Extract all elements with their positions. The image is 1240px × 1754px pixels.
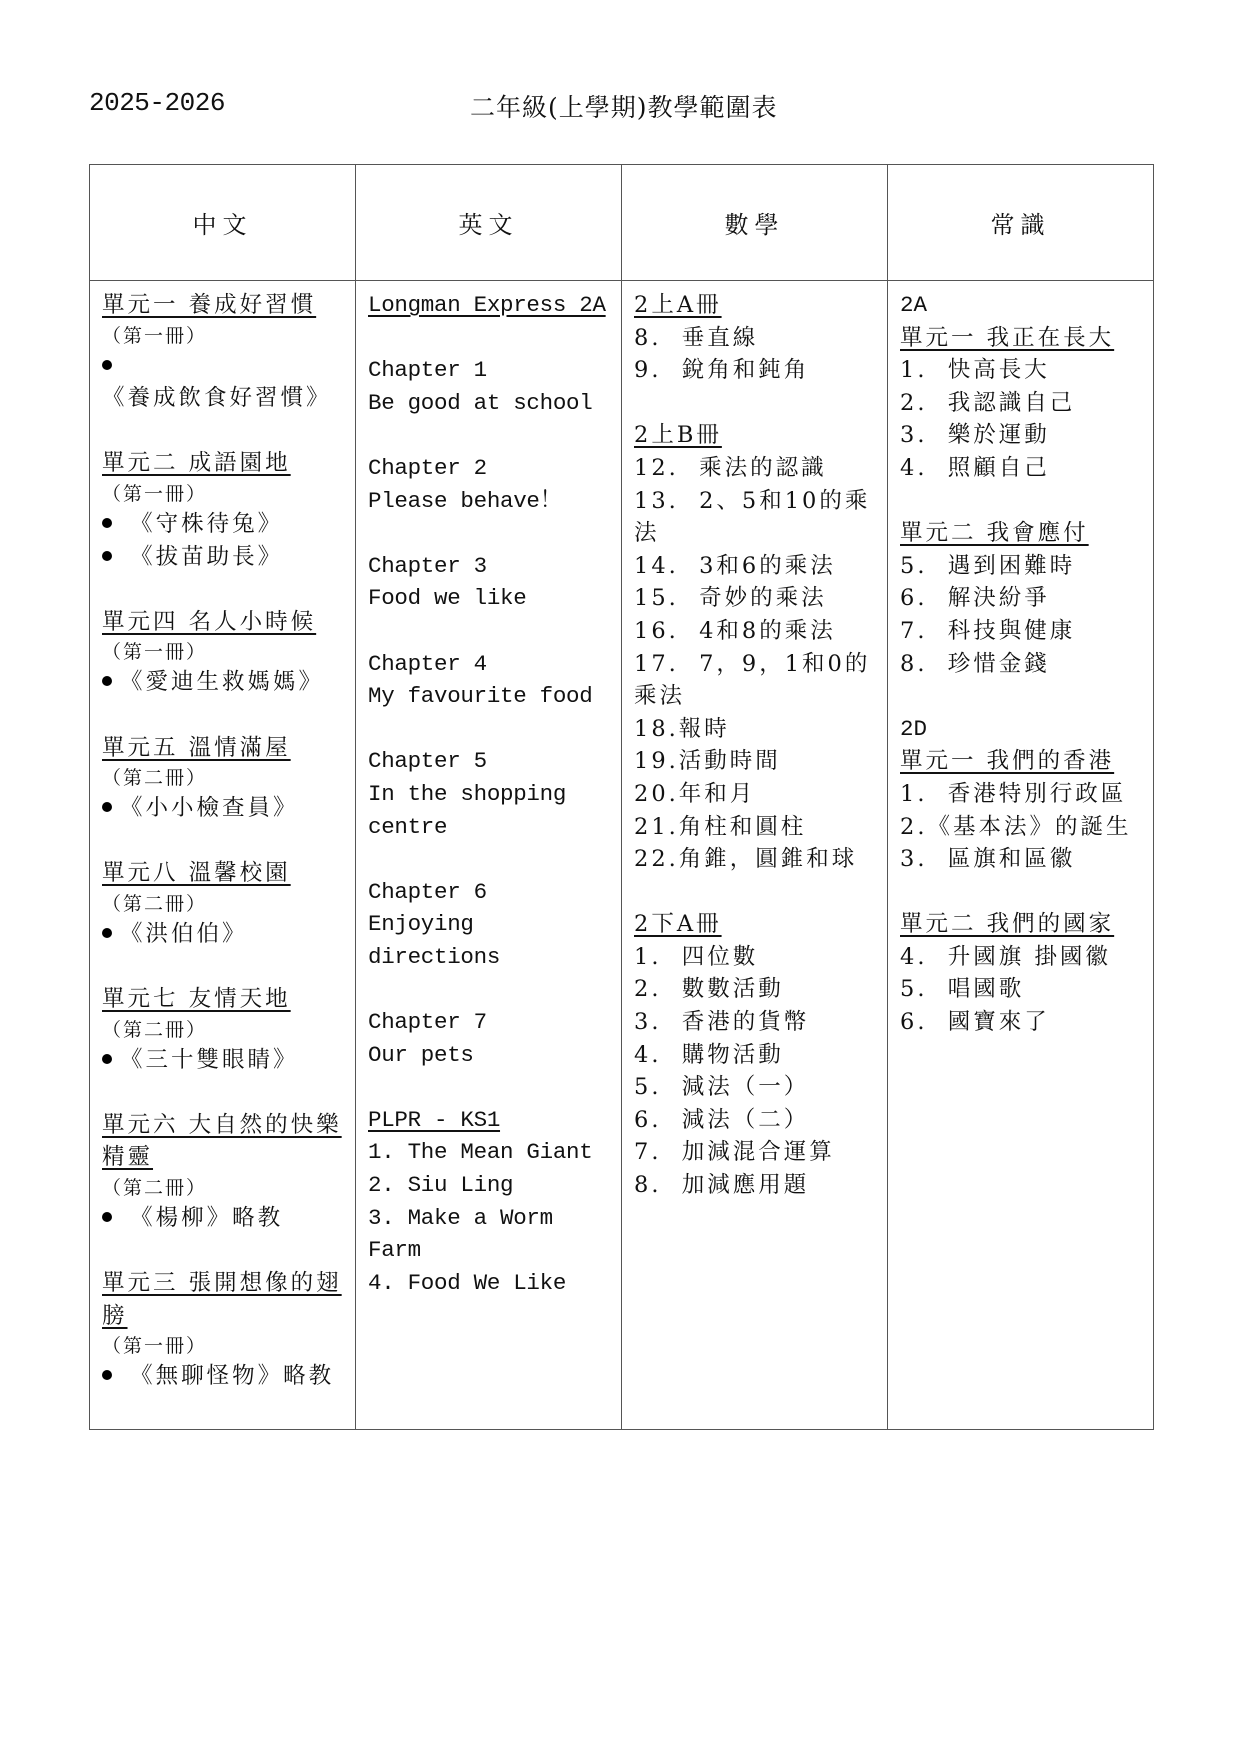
topic-item: 15. 奇妙的乘法 xyxy=(634,582,877,615)
topic-item: 7. 科技與健康 xyxy=(900,615,1143,648)
chapter-title: Be good at school xyxy=(368,387,611,420)
column-header-maths: 數學 xyxy=(622,165,888,281)
book-label: （第二冊） xyxy=(102,1174,345,1202)
topic-item: 22.角錐，圓錐和球 xyxy=(634,843,877,876)
topic-item: 7. 加減混合運算 xyxy=(634,1136,877,1169)
general-studies-column: 2A 單元一 我正在長大 1. 快高長大 2. 我認識自己 3. 樂於運動 4.… xyxy=(888,281,1154,1430)
topic-item-continued: 法 xyxy=(634,517,877,550)
chapter-title: In the shopping xyxy=(368,778,611,811)
reader-item: 4. Food We Like xyxy=(368,1267,611,1300)
school-year: 2025-2026 xyxy=(89,88,225,118)
column-header-general-studies: 常識 xyxy=(888,165,1154,281)
column-header-english: 英文 xyxy=(356,165,622,281)
topic-item: 1. 香港特別行政區 xyxy=(900,778,1143,811)
reader-item: 3. Make a Worm Farm xyxy=(368,1202,611,1267)
unit-title-continued: 精靈 xyxy=(102,1141,345,1174)
topic-item: 1. 四位數 xyxy=(634,941,877,974)
lesson-item: 《楊柳》略教 xyxy=(102,1202,345,1235)
chapter-label: Chapter 5 xyxy=(368,745,611,778)
book-title: 2上B冊 xyxy=(634,419,877,452)
bullet-icon xyxy=(102,360,112,370)
topic-item: 6. 減法（二） xyxy=(634,1104,877,1137)
topic-item: 4. 照顧自己 xyxy=(900,452,1143,485)
book-label: （第一冊） xyxy=(102,1332,345,1360)
book-label: （第二冊） xyxy=(102,764,345,792)
topic-item: 8. 珍惜金錢 xyxy=(900,648,1143,681)
bullet-icon xyxy=(102,551,112,561)
topic-item-continued: 乘法 xyxy=(634,680,877,713)
unit-title: 單元一 養成好習慣 xyxy=(102,289,345,322)
lesson-item: 《三十雙眼睛》 xyxy=(102,1044,345,1077)
chapter-label: Chapter 1 xyxy=(368,354,611,387)
column-header-chinese: 中文 xyxy=(90,165,356,281)
lesson-item: 《拔苗助長》 xyxy=(102,541,345,574)
topic-item: 5. 遇到困難時 xyxy=(900,550,1143,583)
chapter-title: Enjoying directions xyxy=(368,908,611,973)
topic-item: 4. 升國旗 掛國徽 xyxy=(900,941,1143,974)
topic-item: 1. 快高長大 xyxy=(900,354,1143,387)
lesson-item: 《守株待兔》 xyxy=(102,508,345,541)
reader-item: 2. Siu Ling xyxy=(368,1169,611,1202)
chinese-column: 單元一 養成好習慣 （第一冊） 《養成飲食好習慣》 單元二 成語園地 （第一冊）… xyxy=(90,281,356,1430)
bullet-icon xyxy=(102,1370,112,1380)
book-title: 2下A冊 xyxy=(634,908,877,941)
unit-title: 單元三 張開想像的翅 xyxy=(102,1267,345,1300)
bullet-icon xyxy=(102,802,112,812)
unit-title: 單元二 我們的國家 xyxy=(900,908,1143,941)
topic-item: 18.報時 xyxy=(634,713,877,746)
unit-title: 單元六 大自然的快樂 xyxy=(102,1109,345,1142)
book-code: 2A xyxy=(900,289,1143,322)
english-column: Longman Express 2A Chapter 1 Be good at … xyxy=(356,281,622,1430)
topic-item: 5. 減法（一） xyxy=(634,1071,877,1104)
bullet-icon xyxy=(102,1054,112,1064)
content-row: 單元一 養成好習慣 （第一冊） 《養成飲食好習慣》 單元二 成語園地 （第一冊）… xyxy=(90,281,1154,1430)
topic-item: 8. 垂直線 xyxy=(634,322,877,355)
topic-item: 3. 香港的貨幣 xyxy=(634,1006,877,1039)
book-label: （第一冊） xyxy=(102,480,345,508)
lesson-item: 《無聊怪物》略教 xyxy=(102,1360,345,1393)
unit-title: 單元二 成語園地 xyxy=(102,447,345,480)
book-label: （第一冊） xyxy=(102,322,345,350)
chapter-title: Please behave！ xyxy=(368,485,611,518)
chapter-title: Our pets xyxy=(368,1039,611,1072)
unit-title: 單元一 我正在長大 xyxy=(900,322,1143,355)
maths-column: 2上A冊 8. 垂直線 9. 銳角和鈍角 2上B冊 12. 乘法的認識 13. … xyxy=(622,281,888,1430)
book-code: 2D xyxy=(900,713,1143,746)
topic-item: 3. 樂於運動 xyxy=(900,419,1143,452)
book-label: （第二冊） xyxy=(102,890,345,918)
topic-item: 9. 銳角和鈍角 xyxy=(634,354,877,387)
topic-item: 19.活動時間 xyxy=(634,745,877,778)
textbook-title: Longman Express 2A xyxy=(368,289,611,322)
chapter-label: Chapter 4 xyxy=(368,648,611,681)
page-title: 二年級(上學期)教學範圍表 xyxy=(470,88,778,124)
unit-title: 單元一 我們的香港 xyxy=(900,745,1143,778)
lesson-item: 《養成飲食好習慣》 xyxy=(102,350,345,415)
topic-item: 20.年和月 xyxy=(634,778,877,811)
book-label: （第二冊） xyxy=(102,1016,345,1044)
topic-item: 6. 解決紛爭 xyxy=(900,582,1143,615)
topic-item: 6. 國寶來了 xyxy=(900,1006,1143,1039)
topic-item: 16. 4和8的乘法 xyxy=(634,615,877,648)
reader-heading: PLPR - KS1 xyxy=(368,1104,611,1137)
bullet-icon xyxy=(102,1212,112,1222)
chapter-title: Food we like xyxy=(368,582,611,615)
unit-title: 單元五 溫情滿屋 xyxy=(102,732,345,765)
topic-item: 14. 3和6的乘法 xyxy=(634,550,877,583)
topic-item: 8. 加減應用題 xyxy=(634,1169,877,1202)
lesson-item: 《小小檢查員》 xyxy=(102,792,345,825)
lesson-item: 《愛迪生救媽媽》 xyxy=(102,666,345,699)
chapter-label: Chapter 3 xyxy=(368,550,611,583)
topic-item: 17. 7，9，1和0的 xyxy=(634,648,877,681)
book-title: 2上A冊 xyxy=(634,289,877,322)
syllabus-table: 中文 英文 數學 常識 單元一 養成好習慣 （第一冊） 《養成飲食好習慣》 單元… xyxy=(89,164,1154,1430)
header-row: 中文 英文 數學 常識 xyxy=(90,165,1154,281)
unit-title: 單元七 友情天地 xyxy=(102,983,345,1016)
topic-item: 2. 我認識自己 xyxy=(900,387,1143,420)
book-label: （第一冊） xyxy=(102,638,345,666)
bullet-icon xyxy=(102,518,112,528)
topic-item: 4. 購物活動 xyxy=(634,1039,877,1072)
unit-title: 單元八 溫馨校園 xyxy=(102,857,345,890)
reader-item: 1. The Mean Giant xyxy=(368,1136,611,1169)
chapter-label: Chapter 6 xyxy=(368,876,611,909)
chapter-title-continued: centre xyxy=(368,811,611,844)
unit-title: 單元二 我會應付 xyxy=(900,517,1143,550)
chapter-label: Chapter 7 xyxy=(368,1006,611,1039)
unit-title-continued: 膀 xyxy=(102,1300,345,1333)
topic-item: 3. 區旗和區徽 xyxy=(900,843,1143,876)
topic-item: 5. 唱國歌 xyxy=(900,973,1143,1006)
topic-item: 12. 乘法的認識 xyxy=(634,452,877,485)
chapter-label: Chapter 2 xyxy=(368,452,611,485)
chapter-title: My favourite food xyxy=(368,680,611,713)
topic-item: 2. 數數活動 xyxy=(634,973,877,1006)
topic-item: 21.角柱和圓柱 xyxy=(634,811,877,844)
lesson-item: 《洪伯伯》 xyxy=(102,918,345,951)
bullet-icon xyxy=(102,928,112,938)
topic-item: 2.《基本法》的誕生 xyxy=(900,811,1143,844)
unit-title: 單元四 名人小時候 xyxy=(102,606,345,639)
bullet-icon xyxy=(102,676,112,686)
topic-item: 13. 2、5和10的乘 xyxy=(634,485,877,518)
